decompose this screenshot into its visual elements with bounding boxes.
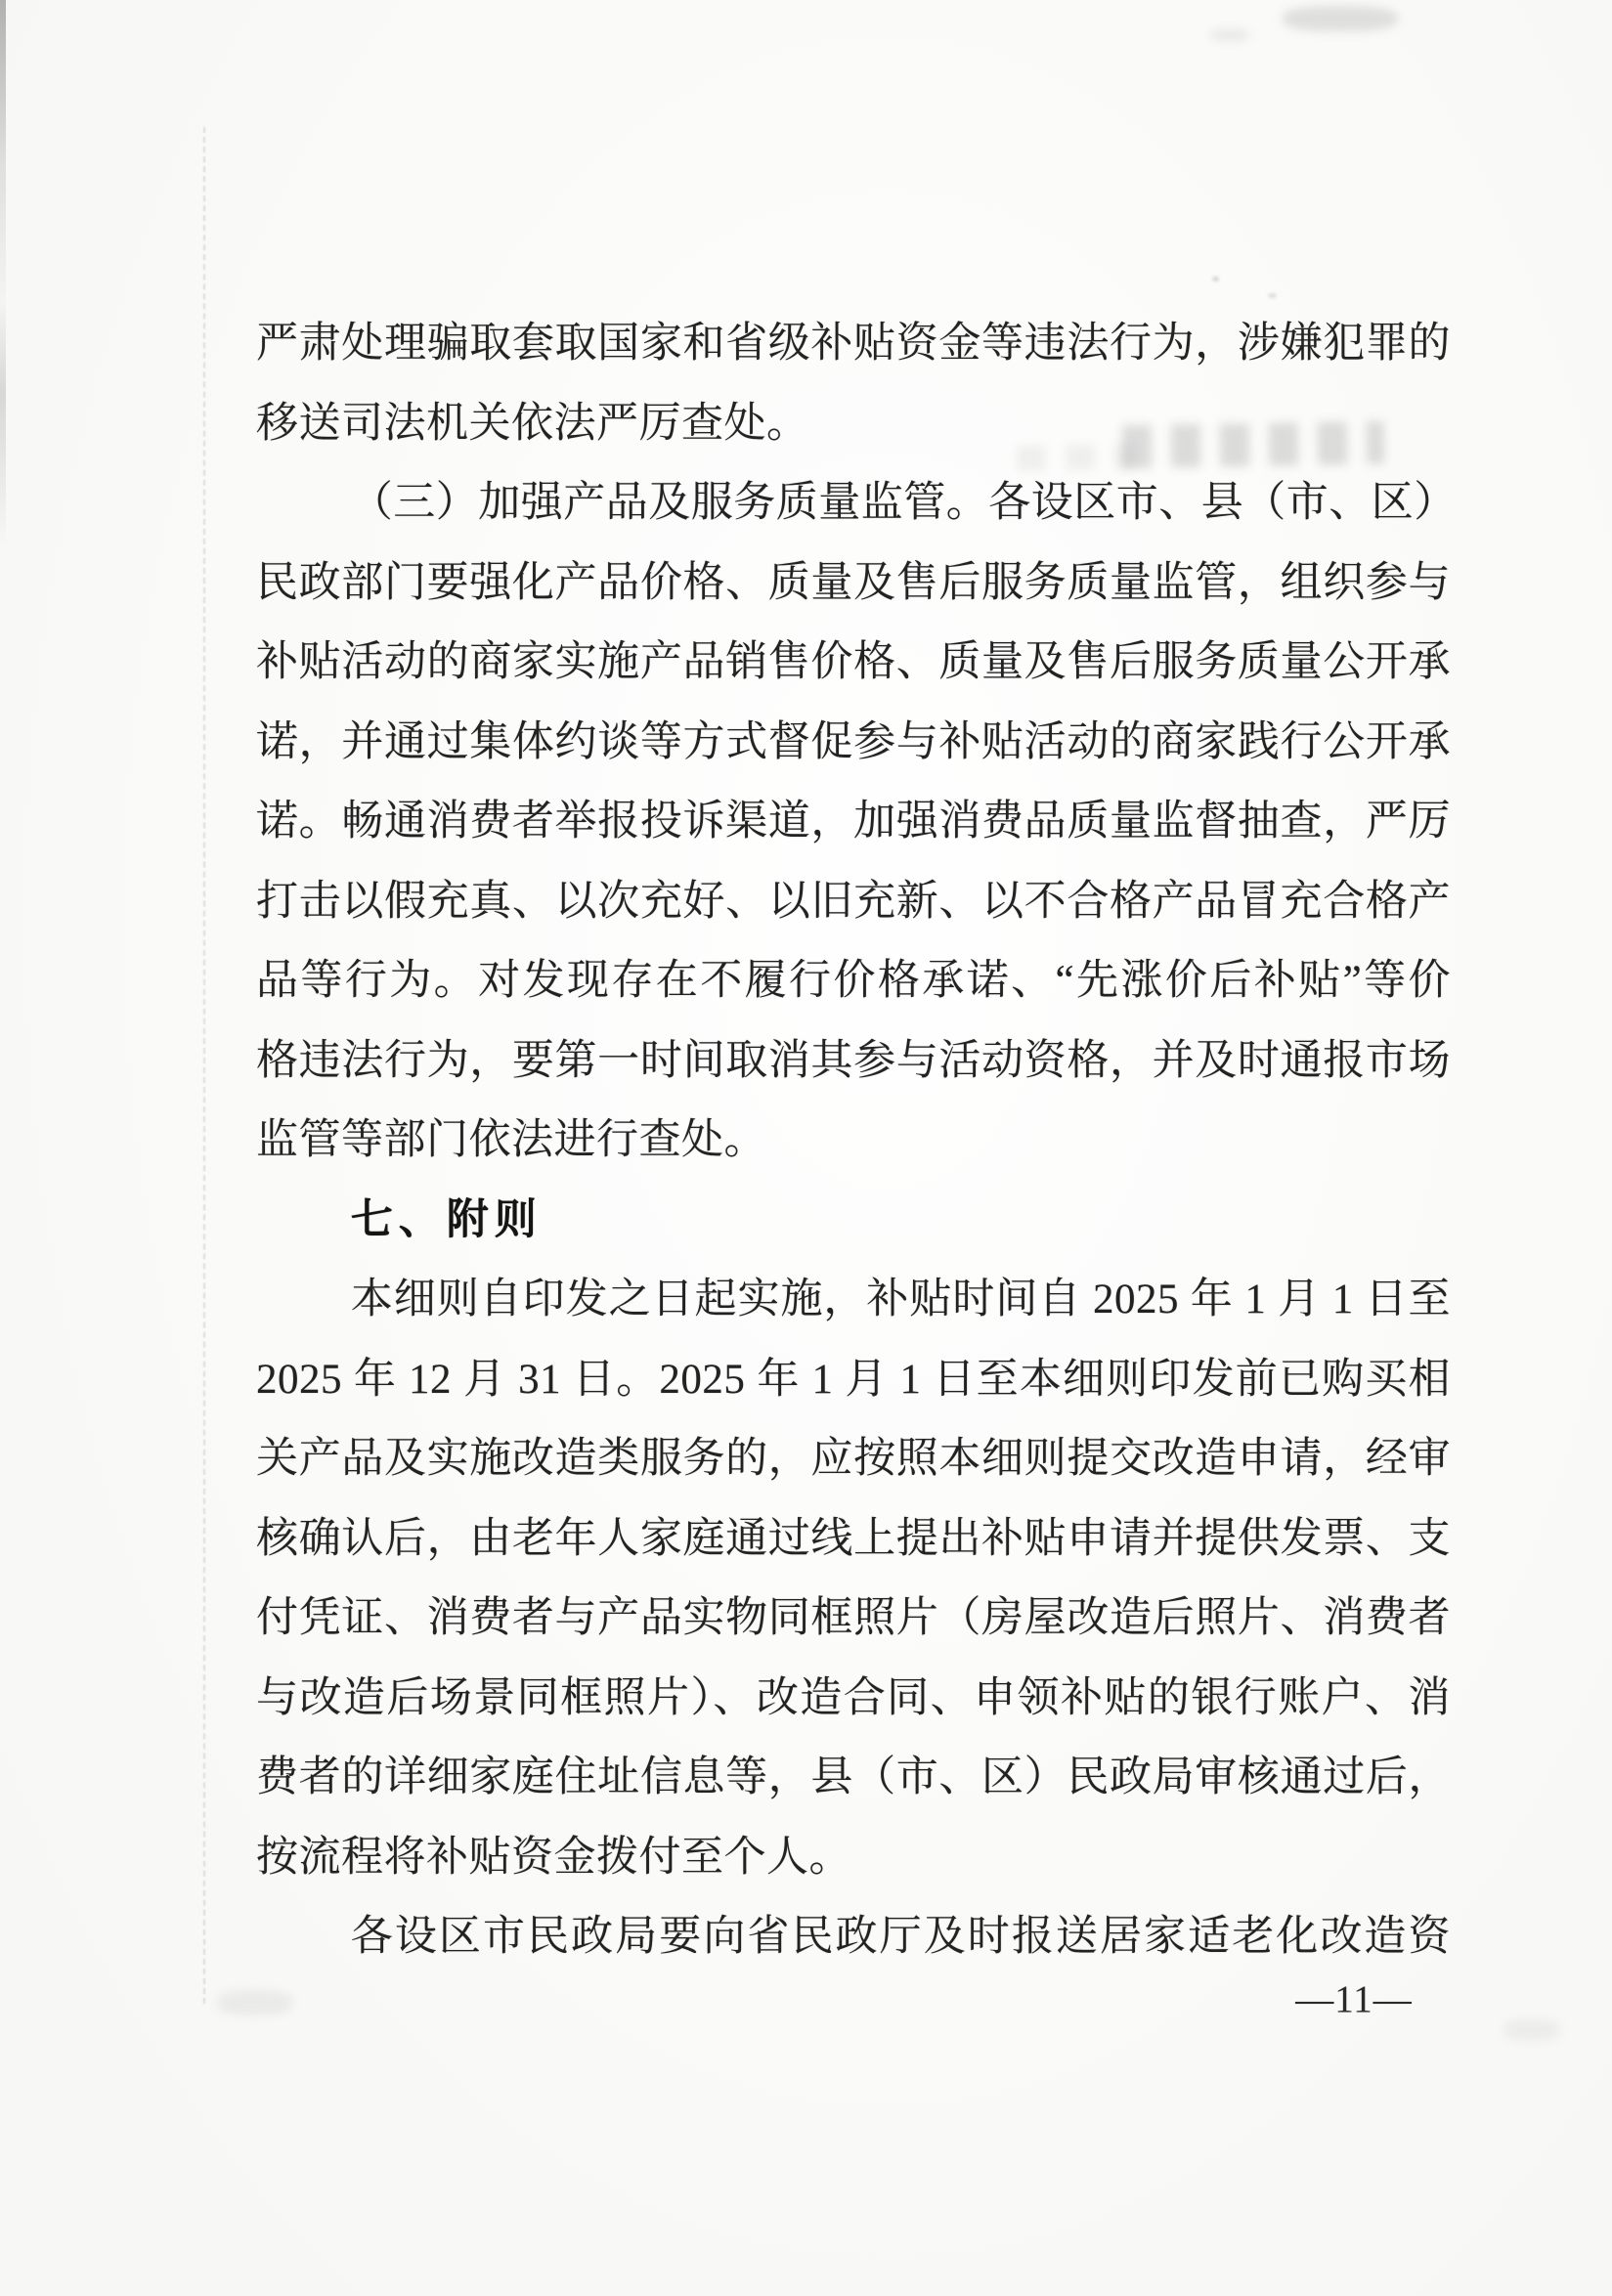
scan-speck — [1268, 293, 1277, 298]
scan-smudge — [1283, 6, 1398, 31]
text-line: 与改造后场景同框照片）、改造合同、申领补贴的银行账户、消 — [256, 1659, 1451, 1739]
section-heading: 七、附则 — [256, 1181, 1451, 1261]
text-line: 移送司法机关依法严厉查处。 — [256, 384, 1451, 464]
text-line: 2025 年 12 月 31 日。2025 年 1 月 1 日至本细则印发前已购… — [256, 1340, 1451, 1420]
text-line: 本细则自印发之日起实施，补贴时间自 2025 年 1 月 1 日至 — [256, 1260, 1451, 1340]
text-line: 费者的详细家庭住址信息等，县（市、区）民政局审核通过后， — [256, 1738, 1451, 1818]
page-number: —11— — [1271, 1976, 1437, 2023]
text-line: 品等行为。对发现存在不履行价格承诺、“先涨价后补贴”等价 — [256, 941, 1451, 1021]
scan-speck — [1212, 277, 1219, 282]
text-line: 打击以假充真、以次充好、以旧充新、以不合格产品冒充合格产 — [256, 862, 1451, 942]
scan-smudge — [217, 1990, 293, 2015]
text-line: 民政部门要强化产品价格、质量及售后服务质量监管，组织参与 — [256, 543, 1451, 624]
text-line: 各设区市民政局要向省民政厅及时报送居家适老化改造资 — [256, 1897, 1451, 1977]
text-line: 诺。畅通消费者举报投诉渠道，加强消费品质量监督抽查，严厉 — [256, 782, 1451, 862]
text-line: 格违法行为，要第一时间取消其参与活动资格，并及时通报市场 — [256, 1021, 1451, 1102]
text-line: 关产品及实施改造类服务的，应按照本细则提交改造申请，经审 — [256, 1419, 1451, 1499]
scan-edge-shadow — [0, 0, 6, 547]
scan-smudge — [1503, 2019, 1560, 2041]
text-line: 核确认后，由老年人家庭通过线上提出补贴申请并提供发票、支 — [256, 1499, 1451, 1580]
text-line: 诺，并通过集体约谈等方式督促参与补贴活动的商家践行公开承 — [256, 703, 1451, 783]
text-line: 补贴活动的商家实施产品销售价格、质量及售后服务质量公开承 — [256, 623, 1451, 703]
text-line: 严肃处理骗取套取国家和省级补贴资金等违法行为，涉嫌犯罪的 — [256, 304, 1451, 384]
text-line: （三）加强产品及服务质量监管。各设区市、县（市、区） — [256, 463, 1451, 543]
document-text-block: 严肃处理骗取套取国家和省级补贴资金等违法行为，涉嫌犯罪的 移送司法机关依法严厉查… — [256, 304, 1451, 1977]
scan-smudge — [1210, 29, 1249, 41]
fold-crease-line — [203, 127, 205, 2004]
text-line: 监管等部门依法进行查处。 — [256, 1101, 1451, 1181]
text-line: 按流程将补贴资金拨付至个人。 — [256, 1818, 1451, 1898]
text-line: 付凭证、消费者与产品实物同框照片（房屋改造后照片、消费者 — [256, 1579, 1451, 1659]
